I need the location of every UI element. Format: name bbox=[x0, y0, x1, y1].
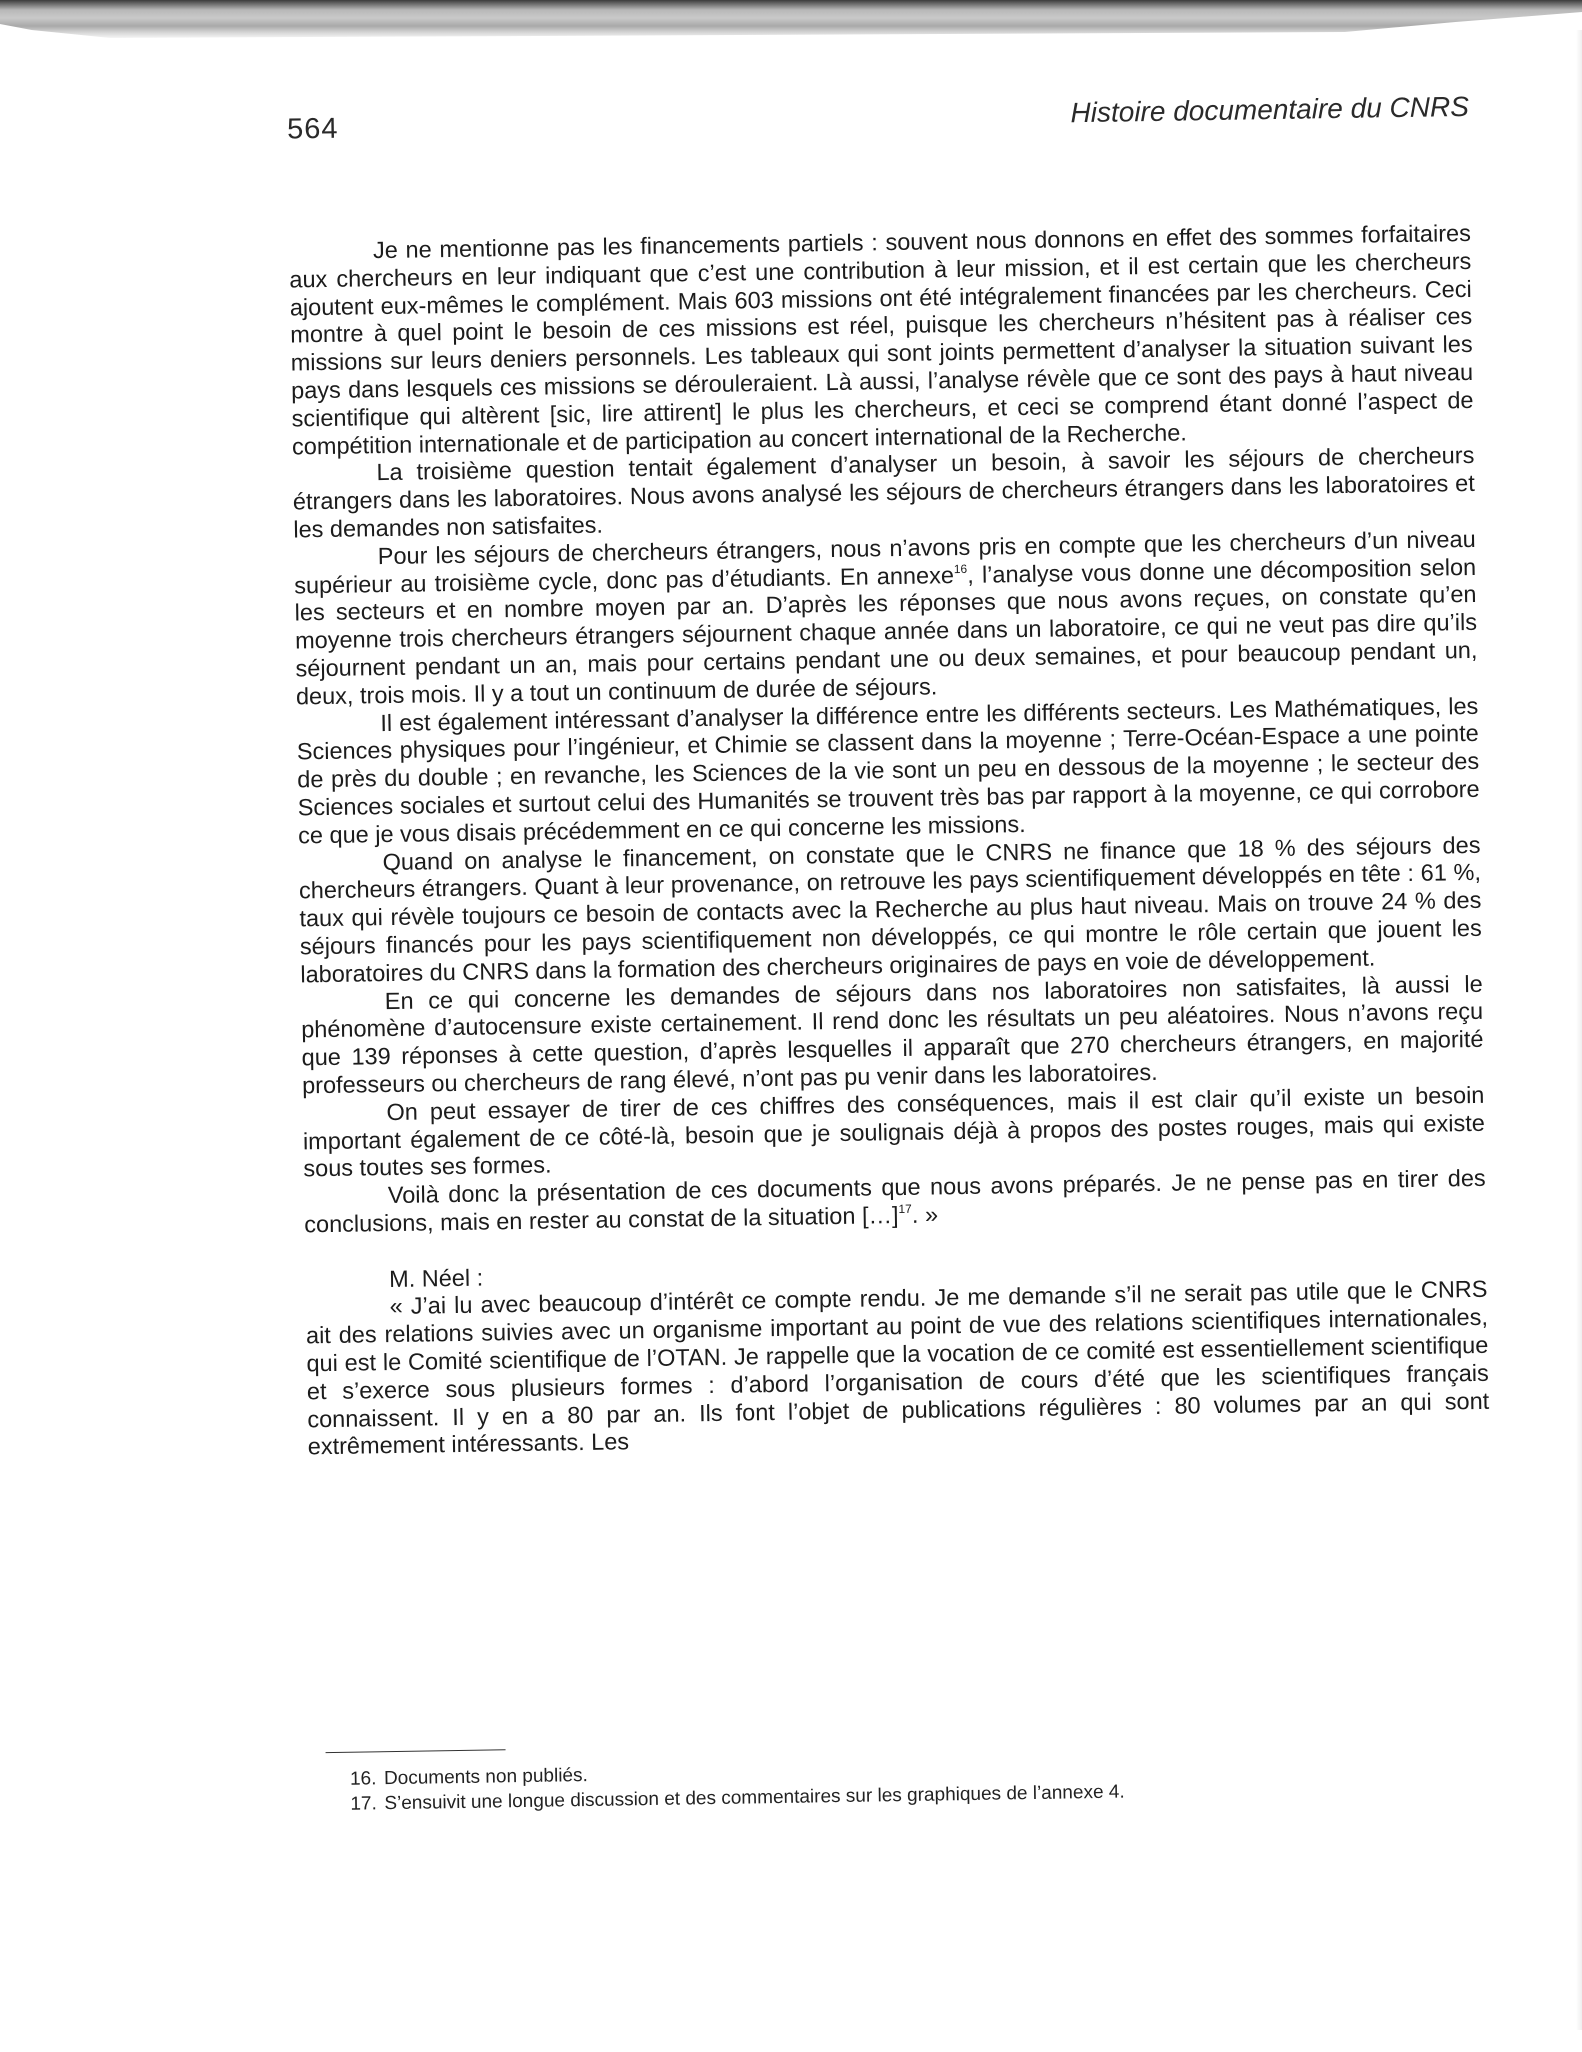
book-title: Histoire documentaire du CNRS bbox=[1070, 91, 1469, 129]
paragraph: Je ne mentionne pas les financements par… bbox=[289, 220, 1474, 461]
paragraph: Il est également intéressant d’analyser … bbox=[296, 692, 1480, 850]
footnotes: 16. Documents non publiés. 17. S’ensuivi… bbox=[350, 1749, 1451, 1816]
footnote-reference[interactable]: 17 bbox=[898, 1202, 912, 1216]
footnote-number: 16. bbox=[350, 1766, 384, 1792]
speech-paragraph: « J’ai lu avec beaucoup d’intérêt ce com… bbox=[305, 1276, 1489, 1461]
footnote-reference[interactable]: 16 bbox=[954, 561, 968, 575]
paragraph: En ce qui concerne les demandes de séjou… bbox=[301, 970, 1485, 1100]
paragraph: Quand on analyse le financement, on cons… bbox=[298, 831, 1482, 989]
paragraph: Pour les séjours de chercheurs étrangers… bbox=[294, 526, 1478, 711]
body-text: Je ne mentionne pas les financements par… bbox=[289, 220, 1490, 1462]
running-head: 564 Histoire documentaire du CNRS bbox=[287, 95, 1469, 154]
footnote-text: Documents non publiés. bbox=[384, 1763, 588, 1791]
paragraph-text: . » bbox=[912, 1201, 939, 1227]
book-page: 564 Histoire documentaire du CNRS Je ne … bbox=[0, 0, 1582, 2052]
footnote-number: 17. bbox=[350, 1791, 384, 1817]
page-number: 564 bbox=[287, 113, 339, 147]
footnote-divider bbox=[326, 1749, 506, 1753]
